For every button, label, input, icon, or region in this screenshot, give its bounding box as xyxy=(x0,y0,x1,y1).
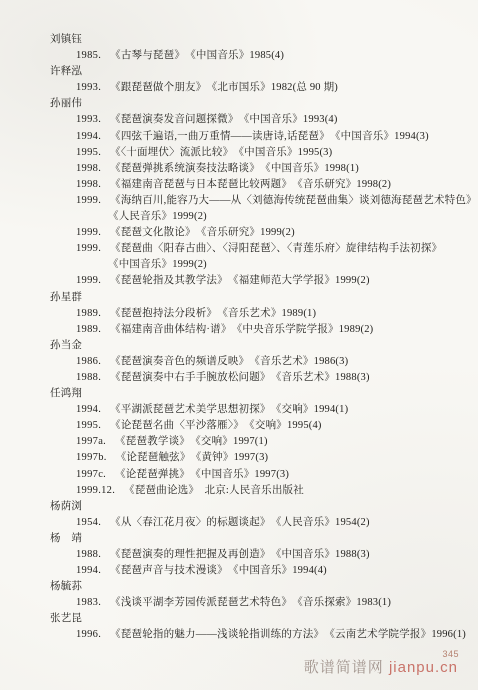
entry-year: 1998. xyxy=(76,161,101,177)
watermark-site-url: jianpu.cn xyxy=(389,659,458,676)
entry-text: 《从〈春江花月夜〉的标题谈起》 《人民音乐》1954(2) xyxy=(110,517,370,528)
bibliography-entry: 1998.《琵琶弹挑系统演奏技法略谈》 《中国音乐》1998(1) xyxy=(0,161,472,177)
scanned-page: 刘镇钰 1985.《古琴与琵琶》 《中国音乐》1985(4) 许释泓 1993.… xyxy=(0,0,478,690)
entry-text: 《琵琶曲〈阳春古曲〉、〈浔阳琵琶〉、〈青莲乐府〉旋律结构手法初探》 xyxy=(110,243,442,254)
entry-text: 《福建南音曲体结构·谱》 《中央音乐学院学报》1989(2) xyxy=(110,324,373,335)
entry-year: 1999.12. xyxy=(76,483,115,499)
author-name: 刘镇钰 xyxy=(50,34,82,45)
author-name: 任鸿翔 xyxy=(50,388,82,399)
watermark: 歌谱简谱网 jianpu.cn xyxy=(304,656,458,677)
bibliography-entry: 1986.《琵琶演奏音色的频谱反映》 《音乐艺术》1986(3) xyxy=(0,354,472,370)
entry-year: 1998. xyxy=(76,177,101,193)
author-name: 杨荫浏 xyxy=(50,501,82,512)
entry-text: 《福建南音琵琶与日本琵琶比较两题》 《音乐研究》1998(2) xyxy=(110,179,391,190)
bibliography-list: 刘镇钰 1985.《古琴与琵琶》 《中国音乐》1985(4) 许释泓 1993.… xyxy=(0,32,472,644)
entry-year: 1997b. xyxy=(76,450,107,466)
entry-text: 《平湖派琵琶艺术美学思想初探》 《交响》1994(1) xyxy=(110,404,348,415)
entry-year: 1995. xyxy=(76,145,101,161)
entry-year: 1994. xyxy=(76,563,101,579)
bibliography-entry: 1996.《琵琶轮指的魅力——浅谈轮指训练的方法》 《云南艺术学院学报》1996… xyxy=(0,627,472,643)
entry-year: 1986. xyxy=(76,354,101,370)
bibliography-entry-continuation: 《中国音乐》1999(2) xyxy=(0,257,472,273)
entry-text: 《〈十面埋伏〉流派比较》 《中国音乐》1995(3) xyxy=(110,147,332,158)
bibliography-entry-continuation: 《人民音乐》1999(2) xyxy=(0,209,472,225)
entry-year: 1996. xyxy=(76,627,101,643)
author-name: 张艺昆 xyxy=(50,613,82,624)
bibliography-entry: 1999.《琵琶文化散论》 《音乐研究》1999(2) xyxy=(0,225,472,241)
entry-text: 《琵琶轮指及其教学法》 《福建师范大学学报》1999(2) xyxy=(110,275,370,286)
entry-text: 《琵琶演奏音色的频谱反映》 《音乐艺术》1986(3) xyxy=(110,356,348,367)
entry-text: 《琵琶曲论选》 北京:人民音乐出版社 xyxy=(124,485,304,496)
entry-year: 1995. xyxy=(76,418,101,434)
entry-text: 《琵琶抱持法分段析》 《音乐艺术》1989(1) xyxy=(110,308,316,319)
entry-text: 《浅谈平湖李芳园传派琵琶艺术特色》 《音乐探索》1983(1) xyxy=(110,597,391,608)
entry-year: 1994. xyxy=(76,129,101,145)
entry-year: 1994. xyxy=(76,402,101,418)
entry-text: 《琵琶轮指的魅力——浅谈轮指训练的方法》 《云南艺术学院学报》1996(1) xyxy=(110,629,466,640)
entry-year: 1983. xyxy=(76,595,101,611)
author-row: 杨 靖 xyxy=(0,531,472,547)
entry-year: 1999. xyxy=(76,273,101,289)
author-name: 孙当金 xyxy=(50,340,82,351)
bibliography-entry: 1983.《浅谈平湖李芳园传派琵琶艺术特色》 《音乐探索》1983(1) xyxy=(0,595,472,611)
bibliography-entry: 1997c.《论琵琶弹挑》 《中国音乐》1997(3) xyxy=(0,467,472,483)
watermark-site-name: 歌谱简谱网 xyxy=(304,659,389,676)
author-row: 任鸿翔 xyxy=(0,386,472,402)
entry-continuation: 《中国音乐》1999(2) xyxy=(108,259,207,270)
bibliography-entry: 1988.《琵琶演奏中右手手腕放松问题》 《音乐艺术》1988(3) xyxy=(0,370,472,386)
entry-year: 1993. xyxy=(76,80,101,96)
entry-year: 1999. xyxy=(76,225,101,241)
entry-year: 1999. xyxy=(76,193,101,209)
author-row: 孙丽伟 xyxy=(0,96,472,112)
entry-year: 1989. xyxy=(76,322,101,338)
entry-continuation: 《人民音乐》1999(2) xyxy=(108,211,207,222)
bibliography-entry: 1989.《琵琶抱持法分段析》 《音乐艺术》1989(1) xyxy=(0,306,472,322)
author-row: 孙星群 xyxy=(0,290,472,306)
entry-text: 《琵琶演奏中右手手腕放松问题》 《音乐艺术》1988(3) xyxy=(110,372,370,383)
author-row: 刘镇钰 xyxy=(0,32,472,48)
entry-text: 《论琵琶弹挑》 《中国音乐》1997(3) xyxy=(115,469,289,480)
entry-year: 1988. xyxy=(76,547,101,563)
entry-text: 《论琵琶名曲〈平沙落雁〉》 《交响》1995(4) xyxy=(110,420,322,431)
bibliography-entry: 1994.《四弦千遍语,一曲万重情——读唐诗,话琵琶》 《中国音乐》1994(3… xyxy=(0,129,472,145)
bibliography-entry: 1954.《从〈春江花月夜〉的标题谈起》 《人民音乐》1954(2) xyxy=(0,515,472,531)
bibliography-entry: 1994.《平湖派琵琶艺术美学思想初探》 《交响》1994(1) xyxy=(0,402,472,418)
entry-year: 1989. xyxy=(76,306,101,322)
author-row: 孙当金 xyxy=(0,338,472,354)
bibliography-entry: 1997a.《琵琶教学谈》 《交响》1997(1) xyxy=(0,434,472,450)
author-row: 杨毓荪 xyxy=(0,579,472,595)
bibliography-entry: 1998.《福建南音琵琶与日本琵琶比较两题》 《音乐研究》1998(2) xyxy=(0,177,472,193)
bibliography-entry: 1999.《海纳百川,能容乃大——从〈刘德海传统琵琶曲集〉谈刘德海琵琶艺术特色》 xyxy=(0,193,472,209)
bibliography-entry: 1993.《跟琵琶做个朋友》 《北市国乐》1982(总 90 期) xyxy=(0,80,472,96)
author-name: 孙星群 xyxy=(50,292,82,303)
bibliography-entry: 1995.《〈十面埋伏〉流派比较》 《中国音乐》1995(3) xyxy=(0,145,472,161)
entry-text: 《古琴与琵琶》 《中国音乐》1985(4) xyxy=(110,50,284,61)
entry-text: 《跟琵琶做个朋友》 《北市国乐》1982(总 90 期) xyxy=(110,82,338,93)
bibliography-entry: 1993.《琵琶演奏发音问题探微》 《中国音乐》1993(4) xyxy=(0,112,472,128)
bibliography-entry: 1988.《琵琶演奏的理性把握及再创造》 《中国音乐》1988(3) xyxy=(0,547,472,563)
entry-text: 《琵琶弹挑系统演奏技法略谈》 《中国音乐》1998(1) xyxy=(110,163,359,174)
author-row: 杨荫浏 xyxy=(0,499,472,515)
bibliography-entry: 1989.《福建南音曲体结构·谱》 《中央音乐学院学报》1989(2) xyxy=(0,322,472,338)
entry-year: 1997a. xyxy=(76,434,106,450)
entry-text: 《琵琶教学谈》 《交响》1997(1) xyxy=(115,436,268,447)
bibliography-entry: 1999.《琵琶轮指及其教学法》 《福建师范大学学报》1999(2) xyxy=(0,273,472,289)
entry-text: 《海纳百川,能容乃大——从〈刘德海传统琵琶曲集〉谈刘德海琵琶艺术特色》 xyxy=(110,195,477,206)
entry-year: 1988. xyxy=(76,370,101,386)
entry-year: 1985. xyxy=(76,48,101,64)
entry-year: 1993. xyxy=(76,112,101,128)
entry-text: 《琵琶演奏发音问题探微》 《中国音乐》1993(4) xyxy=(110,114,337,125)
entry-text: 《琵琶演奏的理性把握及再创造》 《中国音乐》1988(3) xyxy=(110,549,370,560)
entry-year: 1954. xyxy=(76,515,101,531)
author-row: 张艺昆 xyxy=(0,611,472,627)
entry-year: 1997c. xyxy=(76,467,106,483)
author-name: 孙丽伟 xyxy=(50,98,82,109)
bibliography-entry: 1994.《琵琶声音与技术漫谈》 《中国音乐》1994(4) xyxy=(0,563,472,579)
entry-year: 1999. xyxy=(76,241,101,257)
author-row: 许释泓 xyxy=(0,64,472,80)
author-name: 杨毓荪 xyxy=(50,581,82,592)
author-name: 杨 靖 xyxy=(50,533,82,544)
entry-text: 《四弦千遍语,一曲万重情——读唐诗,话琵琶》 《中国音乐》1994(3) xyxy=(110,131,429,142)
bibliography-entry: 1997b.《论琵琶触弦》 《黄钟》1997(3) xyxy=(0,450,472,466)
bibliography-entry: 1999.《琵琶曲〈阳春古曲〉、〈浔阳琵琶〉、〈青莲乐府〉旋律结构手法初探》 xyxy=(0,241,472,257)
bibliography-entry: 1985.《古琴与琵琶》 《中国音乐》1985(4) xyxy=(0,48,472,64)
author-name: 许释泓 xyxy=(50,66,82,77)
entry-text: 《琵琶文化散论》 《音乐研究》1999(2) xyxy=(110,227,295,238)
bibliography-entry: 1999.12.《琵琶曲论选》 北京:人民音乐出版社 xyxy=(0,483,472,499)
entry-text: 《论琵琶触弦》 《黄钟》1997(3) xyxy=(116,452,269,463)
bibliography-entry: 1995.《论琵琶名曲〈平沙落雁〉》 《交响》1995(4) xyxy=(0,418,472,434)
entry-text: 《琵琶声音与技术漫谈》 《中国音乐》1994(4) xyxy=(110,565,327,576)
